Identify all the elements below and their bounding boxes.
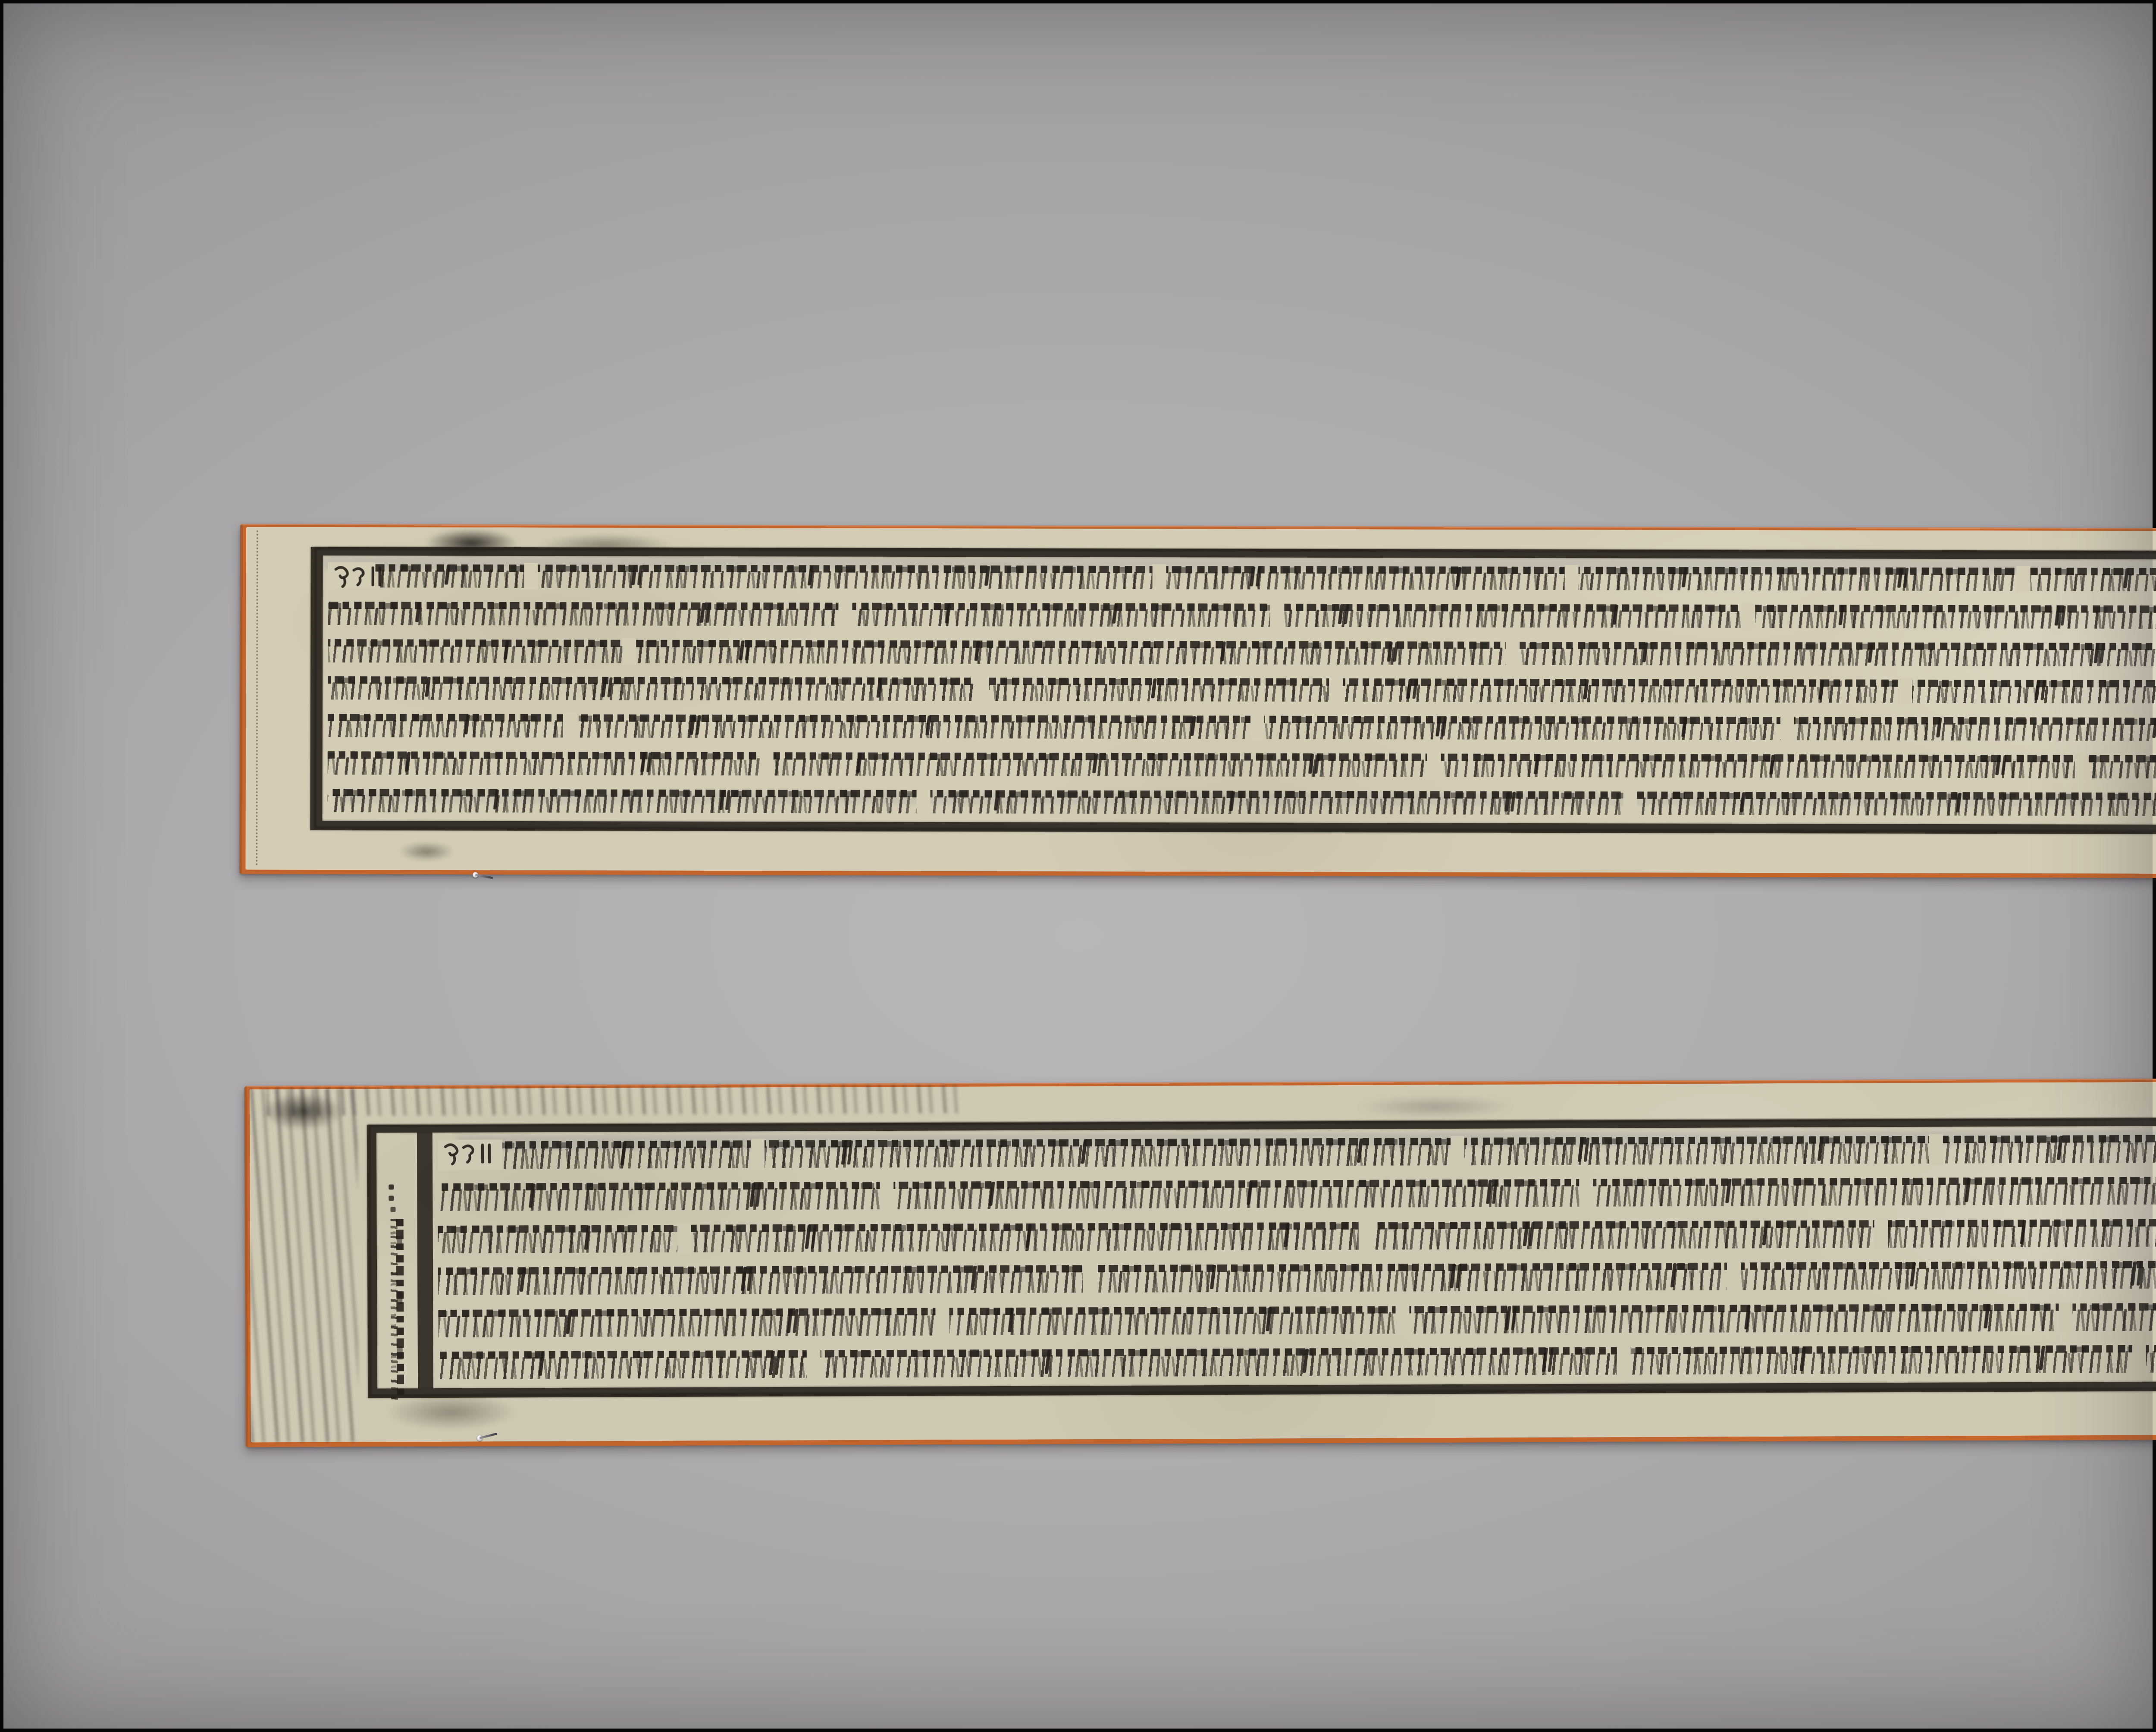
word-gap	[1427, 752, 1441, 778]
shad-stroke	[1868, 643, 1874, 662]
word-gap	[1250, 714, 1264, 741]
shad-stroke	[1642, 642, 1648, 662]
shad-stroke	[1081, 1139, 1087, 1164]
shad-stroke	[1681, 568, 1687, 587]
script-line	[438, 1302, 2156, 1337]
shad-stroke	[2152, 718, 2156, 738]
shad-stroke	[1026, 1224, 1032, 1248]
shad-stroke	[1112, 604, 1118, 624]
shad-stroke	[945, 603, 951, 623]
shad-stroke	[1578, 1138, 1584, 1162]
text-block	[327, 557, 2156, 823]
word-gap	[1623, 790, 1637, 816]
shad-stroke	[1762, 1221, 1769, 1245]
script-line	[438, 1134, 2156, 1169]
word-gap	[838, 601, 852, 628]
word-gap	[1153, 564, 1166, 591]
shad-stroke	[1740, 792, 1746, 812]
shad-stroke	[1818, 680, 1824, 700]
shad-stroke	[493, 789, 499, 809]
shad-stroke	[1504, 791, 1510, 811]
shad-stroke	[1435, 717, 1442, 737]
script-line	[438, 1177, 2156, 1211]
word-gap	[880, 1180, 893, 1211]
shad-stroke	[1965, 1178, 1971, 1202]
ink-smudge	[247, 1086, 359, 1138]
shad-stroke	[1505, 1306, 1511, 1330]
yig-mgo-opening-mark	[328, 562, 376, 588]
shad-stroke	[445, 565, 451, 585]
shad-stroke	[1357, 1139, 1363, 1163]
word-gap	[2016, 566, 2030, 593]
margin-script	[384, 1219, 411, 1404]
script-line	[328, 677, 2156, 704]
shad-stroke	[1583, 680, 1589, 700]
shad-stroke	[2056, 1136, 2063, 1160]
shad-stroke	[689, 715, 696, 735]
fold-line	[256, 530, 258, 866]
shad-stroke	[2039, 1346, 2045, 1370]
shad-stroke	[1092, 753, 1098, 773]
word-gap	[1450, 1136, 1464, 1167]
ink-smudge	[388, 838, 465, 865]
word-gap	[751, 1139, 765, 1170]
shad-stroke	[787, 1309, 793, 1333]
word-gap	[1579, 1177, 1593, 1208]
word-gap	[1617, 1346, 1631, 1377]
shad-stroke	[856, 753, 862, 773]
shad-stroke	[971, 1266, 977, 1290]
word-gap	[759, 750, 773, 777]
shad-stroke	[405, 752, 411, 772]
shad-stroke	[1229, 791, 1235, 811]
shad-stroke	[768, 1351, 775, 1375]
shad-stroke	[2093, 643, 2100, 663]
shad-stroke	[1534, 754, 1540, 774]
ink-smudge	[249, 1089, 358, 1443]
shad-stroke	[994, 791, 1000, 810]
shad-stroke	[1799, 1347, 1806, 1371]
top-leaf	[239, 524, 2156, 879]
word-gap	[2059, 1302, 2072, 1333]
shad-stroke	[1936, 718, 1942, 737]
shad-stroke	[1897, 568, 1903, 588]
shad-stroke	[1008, 1308, 1014, 1332]
vertical-script-line	[391, 1219, 404, 1400]
shad-stroke	[1250, 567, 1256, 587]
shad-stroke	[1670, 1263, 1677, 1287]
word-gap	[2132, 1343, 2146, 1374]
word-gap	[563, 712, 577, 739]
shad-stroke	[602, 678, 608, 697]
shad-stroke	[640, 752, 646, 772]
shad-stroke	[1302, 1349, 1309, 1373]
script-line	[438, 1261, 2156, 1295]
shad-stroke	[1284, 1223, 1290, 1247]
shad-stroke	[1838, 605, 1844, 625]
script-line	[328, 714, 2156, 741]
script-line	[438, 1218, 2156, 1253]
shad-stroke	[464, 715, 470, 734]
word-gap	[1565, 565, 1579, 592]
word-gap	[2075, 753, 2089, 780]
word-gap	[524, 563, 538, 590]
word-gap	[1083, 1263, 1097, 1294]
shad-stroke	[1769, 755, 1775, 775]
shad-stroke	[876, 678, 882, 698]
shad-stroke	[719, 790, 725, 810]
word-gap	[677, 1223, 691, 1254]
photograph	[0, 0, 2156, 1732]
shad-stroke	[1220, 641, 1226, 661]
shad-stroke	[538, 1352, 545, 1376]
shad-stroke	[529, 1183, 535, 1208]
shad-stroke	[1725, 1179, 1732, 1203]
shad-stroke	[1449, 1264, 1456, 1288]
pin-shaft-icon	[475, 874, 493, 879]
word-gap	[1270, 602, 1284, 629]
shad-stroke	[975, 641, 981, 661]
shad-stroke	[1681, 717, 1687, 737]
shad-stroke	[1151, 679, 1157, 699]
shad-stroke	[1984, 1304, 1990, 1328]
shad-stroke	[841, 1140, 848, 1164]
shad-stroke	[1817, 1136, 1824, 1161]
script-line	[328, 639, 2156, 667]
leaf-paper	[245, 527, 2156, 875]
shad-stroke	[2054, 606, 2060, 626]
shad-stroke	[503, 640, 509, 660]
word-gap	[1742, 603, 1755, 630]
mounting-pin	[477, 1434, 499, 1443]
word-gap	[935, 1306, 949, 1337]
shad-stroke	[925, 715, 931, 735]
shad-stroke	[415, 602, 421, 622]
shad-stroke	[1190, 716, 1196, 736]
shad-stroke	[1406, 679, 1412, 699]
leaf-paper	[249, 1081, 2156, 1442]
word-gap	[1329, 677, 1343, 703]
shad-stroke	[1045, 1350, 1051, 1374]
shad-stroke	[1486, 1180, 1492, 1204]
word-gap	[1780, 715, 1794, 742]
shad-stroke	[1456, 567, 1462, 587]
word-gap	[916, 788, 930, 815]
text-block	[432, 1126, 2156, 1388]
shad-stroke	[1956, 793, 1962, 813]
shad-stroke	[566, 1310, 572, 1334]
shad-stroke	[1247, 1181, 1253, 1205]
word-gap	[1506, 640, 1520, 667]
printed-frame	[367, 1117, 2156, 1398]
script-line	[328, 751, 2156, 779]
shad-stroke	[2131, 1261, 2137, 1286]
shad-stroke	[1995, 755, 2001, 775]
mounting-pin	[473, 871, 495, 880]
script-line	[327, 789, 2156, 816]
shad-stroke	[2034, 681, 2040, 700]
margin-column	[376, 1133, 433, 1388]
shad-stroke	[1744, 1305, 1751, 1329]
shad-stroke	[631, 565, 637, 585]
printed-frame	[310, 547, 2156, 835]
shad-stroke	[739, 640, 745, 660]
word-gap	[975, 676, 989, 703]
script-line	[439, 1345, 2156, 1379]
shad-stroke	[1523, 1222, 1529, 1246]
yig-mgo-opening-mark	[438, 1139, 502, 1170]
shad-stroke	[1613, 605, 1619, 624]
shad-stroke	[808, 566, 814, 586]
word-gap	[1359, 1220, 1373, 1251]
shad-stroke	[989, 1182, 995, 1206]
word-gap	[1396, 1304, 1410, 1335]
shad-stroke	[584, 1225, 590, 1249]
shad-stroke	[740, 1267, 747, 1291]
shad-stroke	[1542, 1348, 1548, 1372]
shad-stroke	[1266, 1307, 1272, 1331]
word-gap	[807, 1349, 821, 1380]
shad-stroke	[749, 1183, 756, 1207]
ink-smudge	[266, 1085, 965, 1116]
word-gap	[1727, 1261, 1741, 1292]
word-gap	[1898, 678, 1912, 705]
shad-stroke	[2123, 568, 2129, 588]
shad-stroke	[520, 1268, 526, 1292]
shad-stroke	[805, 1224, 811, 1249]
script-line	[328, 602, 2156, 629]
shad-stroke	[1308, 754, 1314, 774]
ink-smudge	[1319, 1091, 1551, 1122]
shad-stroke	[425, 677, 431, 697]
word-gap	[1929, 1134, 1943, 1165]
shad-stroke	[1210, 1265, 1216, 1289]
bottom-leaf	[244, 1077, 2156, 1447]
shad-stroke	[620, 1141, 627, 1165]
shad-stroke	[2020, 1220, 2027, 1244]
shad-stroke	[1387, 642, 1393, 662]
shad-stroke	[1910, 1262, 1916, 1286]
script-line	[328, 564, 2156, 592]
shad-stroke	[984, 566, 990, 586]
word-gap	[1874, 1218, 1888, 1249]
shad-stroke	[1338, 604, 1344, 624]
shad-stroke	[700, 603, 706, 623]
word-gap	[622, 638, 636, 665]
